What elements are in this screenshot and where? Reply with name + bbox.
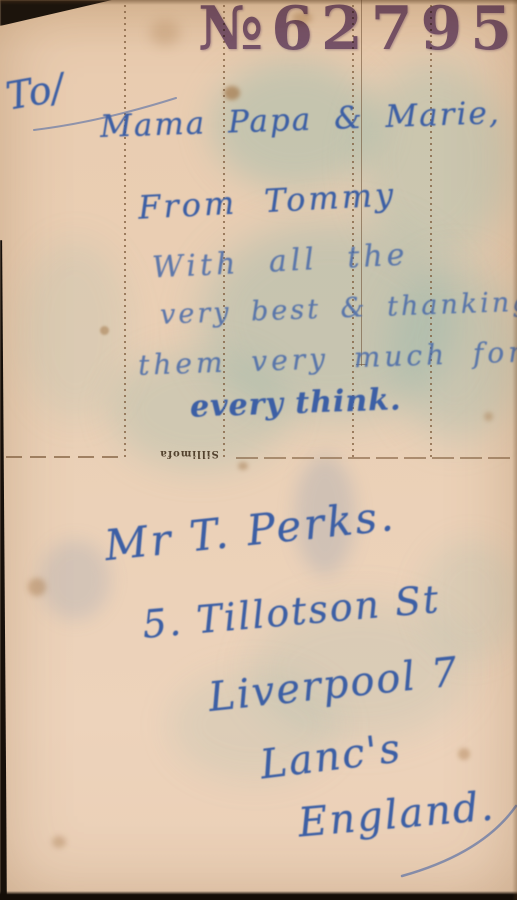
serial-number-stamp: №62795 (198, 0, 517, 64)
column-dotted-line (124, 5, 126, 457)
divider-dashed-line (236, 457, 512, 459)
postcard-photo: Sillimofa №62795 To/ Mama Papa & Marie, … (0, 0, 517, 900)
printer-mark-upside-down: Sillimofa (146, 448, 232, 459)
divider-dashed-line (6, 456, 118, 458)
column-dotted-line (430, 5, 432, 457)
handwriting-message-line: every think. (189, 382, 401, 424)
